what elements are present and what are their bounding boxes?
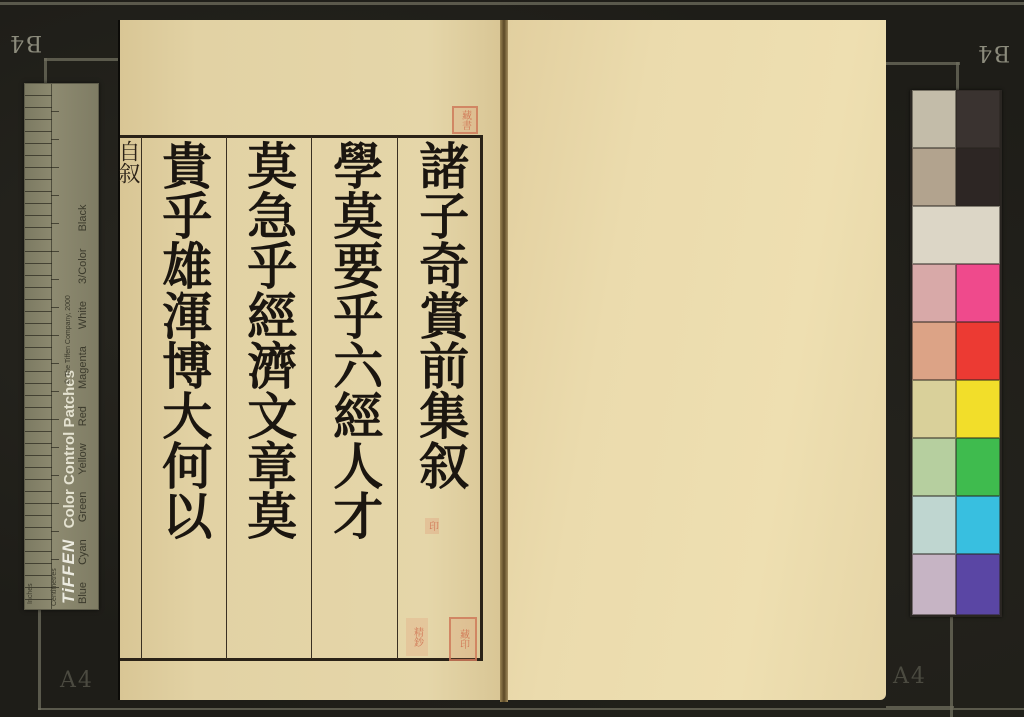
column-rule [141,137,142,659]
ruler-unit-inches: Inches [27,583,34,604]
patch-warm-gray [912,148,956,206]
patch-red [956,322,1000,380]
color-calibration-chart [910,90,1002,617]
board-mark-bottom-right: A4 [893,664,927,689]
patch-lilac-tint [912,554,956,615]
patch-salmon-tint [912,322,956,380]
ruler-unit-cm: Centimetres [51,568,58,606]
patch-white [912,206,1000,264]
board-guide-line-bottom [38,708,1024,710]
board-guide-line-inner-right [956,62,959,92]
patch-pink-tint [912,264,956,322]
board-guide-line-bottom-right-h [886,706,954,708]
board-guide-line-right-bottom [950,616,953,717]
column-rule [311,137,312,659]
title-text: 諸子奇賞前集叙 [408,140,473,490]
margin-label: 自叙 [121,140,141,184]
column-text: 貴乎雄渾博大何以 [151,140,216,540]
ruler-title: Color Control Patches [61,370,78,528]
text-column-3: 貴乎雄渾博大何以 [143,140,223,540]
patch-dark-2 [956,148,1000,206]
column-text: 學莫要乎六經人才 [322,140,387,540]
patch-yellow [956,380,1000,438]
patch-light-gray [912,90,956,148]
board-guide-line-top [0,2,1024,5]
board-mark-bottom-left: A4 [60,668,94,693]
column-text: 莫急乎經濟文章莫 [236,140,301,540]
text-column-2: 莫急乎經濟文章莫 [228,140,308,540]
seal-stamp: 印 [425,518,439,534]
seal-stamp: 藏印 [449,617,477,661]
patch-cyan-tint [912,496,956,554]
tiffen-color-control-ruler: TiFFEN Color Control Patches Blue Cyan G… [24,83,99,610]
board-mark-top-left: B4 [8,30,42,55]
patch-cyan [956,496,1000,554]
patch-magenta [956,264,1000,322]
board-guide-line-inner-top-left [44,58,124,61]
patch-green [956,438,1000,496]
ruler-copyright: © The Tiffen Company, 2000 [65,295,72,384]
patch-dark-1 [956,90,1000,148]
patch-blue-violet [956,554,1000,615]
ruler-cm-ticks [25,84,52,609]
ruler-color-names: Blue Cyan Green Yellow Red Magenta White… [77,205,89,605]
seal-stamp: 精鈔 [406,618,428,656]
title-column: 諸子奇賞前集叙 [400,140,480,490]
board-mark-top-right: B4 [976,40,1010,65]
ruler-inch-ticks [51,84,59,609]
board-guide-line-inner-top-right [886,62,960,65]
board-guide-line-left-bottom [38,600,41,710]
column-rule [226,137,227,659]
patch-yellow-tint [912,380,956,438]
column-rule [397,137,398,659]
ruler-brand-row: TiFFEN Color Control Patches [59,370,79,604]
tiffen-logo: TiFFEN [59,539,78,604]
book-gutter [500,20,508,702]
right-page-blank [508,20,886,700]
text-column-1: 學莫要乎六經人才 [314,140,394,540]
seal-stamp: 藏書 [452,106,478,134]
patch-green-tint [912,438,956,496]
